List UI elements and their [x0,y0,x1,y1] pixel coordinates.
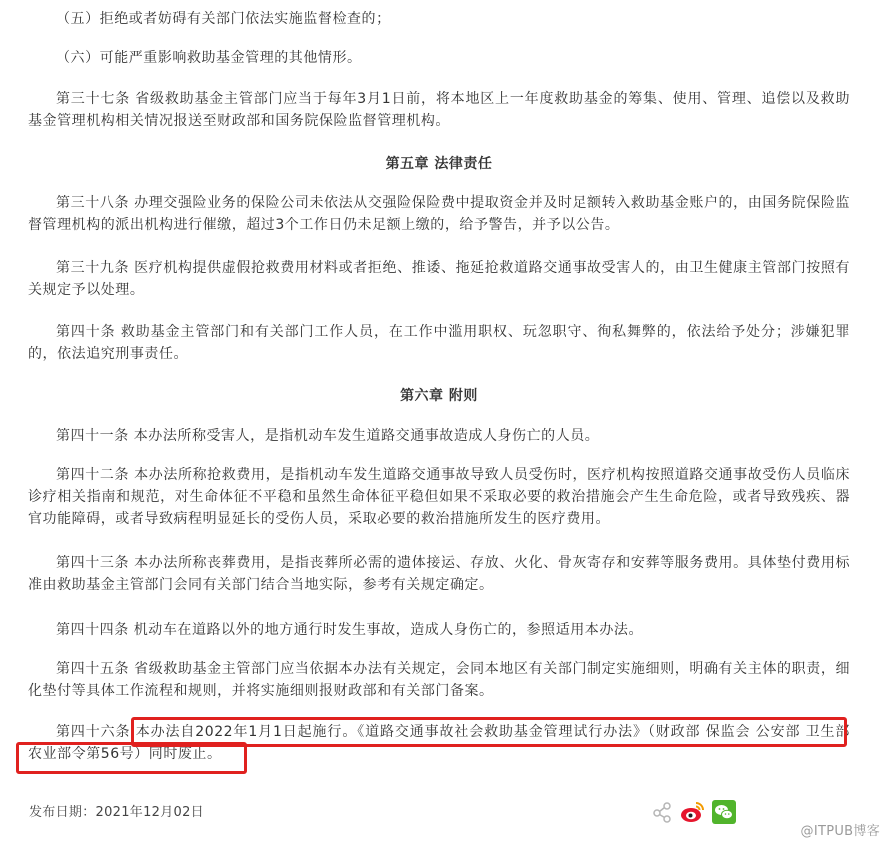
chapter-heading-6: 第六章 附则 [28,385,850,407]
chapter-heading-5: 第五章 法律责任 [28,153,850,175]
paragraph-article-38: 第三十八条 办理交强险业务的保险公司未依法从交强险保险费中提取资金并及时足额转入… [28,192,850,236]
paragraph-article-42: 第四十二条 本办法所称抢救费用，是指机动车发生道路交通事故导致人员受伤时，医疗机… [28,464,850,530]
paragraph-article-46: 第四十六条 本办法自2022年1月1日起施行。《道路交通事故社会救助基金管理试行… [28,721,850,765]
paragraph-item5: （五）拒绝或者妨碍有关部门依法实施监督检查的； [28,8,850,30]
weibo-icon[interactable] [680,800,706,828]
share-bar [652,800,736,828]
paragraph-article-39: 第三十九条 医疗机构提供虚假抢救费用材料或者拒绝、推诿、拖延抢救道路交通事故受害… [28,257,850,301]
paragraph-article-45: 第四十五条 省级救助基金主管部门应当依据本办法有关规定，会同本地区有关部门制定实… [28,658,850,702]
wechat-icon[interactable] [712,800,736,828]
paragraph-article-41: 第四十一条 本办法所称受害人，是指机动车发生道路交通事故造成人身伤亡的人员。 [28,425,850,447]
paragraph-article-44: 第四十四条 机动车在道路以外的地方通行时发生事故，造成人身伤亡的，参照适用本办法… [28,619,850,641]
paragraph-article-43: 第四十三条 本办法所称丧葬费用，是指丧葬所必需的遗体接运、存放、火化、骨灰寄存和… [28,552,850,596]
paragraph-item6: （六）可能严重影响救助基金管理的其他情形。 [28,47,850,69]
watermark: @ITPUB博客 [801,820,880,839]
paragraph-article-40: 第四十条 救助基金主管部门和有关部门工作人员，在工作中滥用职权、玩忽职守、徇私舞… [28,321,850,365]
paragraph-article-37: 第三十七条 省级救助基金主管部门应当于每年3月1日前，将本地区上一年度救助基金的… [28,88,850,132]
share-icon[interactable] [652,801,674,827]
publish-date: 发布日期：2021年12月02日 [29,801,204,820]
